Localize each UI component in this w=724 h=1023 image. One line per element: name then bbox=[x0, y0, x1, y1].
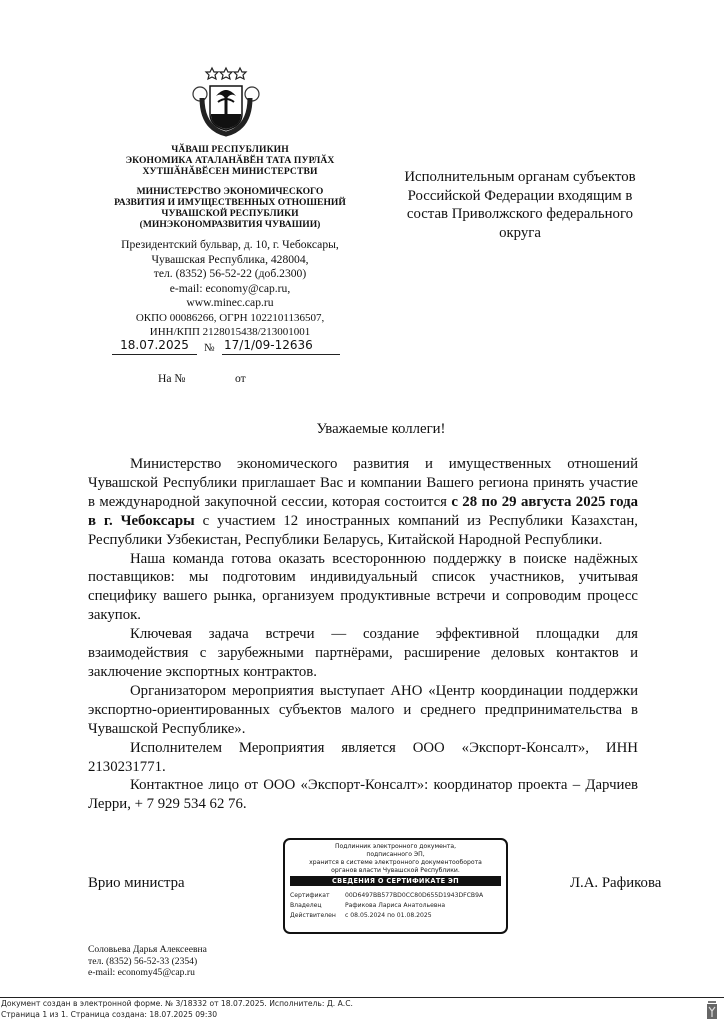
footer-document-info: Документ создан в электронной форме. № 3… bbox=[1, 998, 353, 1009]
certificate-info: Сертификат 00D6497BB577BD0CC80D655D1943D… bbox=[290, 891, 506, 921]
performer-info: Соловьева Дарья Алексеевна тел. (8352) 5… bbox=[88, 944, 207, 979]
paragraph-support: Наша команда готова оказать всестороннюю… bbox=[88, 550, 638, 626]
certificate-row: Сертификат 00D6497BB577BD0CC80D655D1943D… bbox=[290, 891, 506, 901]
email-line: e-mail: economy@cap.ru, bbox=[100, 282, 360, 297]
stamp-header-line: Подлинник электронного документа, bbox=[285, 843, 506, 851]
chuvash-line: ХУТШӐНӐВӖСЕН МИНИСТЕРСТВИ bbox=[100, 166, 360, 177]
paragraph-organizer: Организатором мероприятия выступает АНО … bbox=[88, 682, 638, 739]
registration-number: 17/1/09-12636 bbox=[222, 338, 340, 355]
ministry-name: МИНИСТЕРСТВО ЭКОНОМИЧЕСКОГО РАЗВИТИЯ И И… bbox=[100, 186, 360, 230]
paragraph-contact: Контактное лицо от ООО «Экспорт-Консалт»… bbox=[88, 776, 638, 814]
letterhead: ЧӐВАШ РЕСПУБЛИКИН ЭКОНОМИКА АТАЛАНӐВӖН Т… bbox=[100, 144, 360, 339]
reference-from-label: от bbox=[235, 372, 246, 385]
letter-body: Министерство экономического развития и и… bbox=[88, 455, 638, 814]
certificate-value: 00D6497BB577BD0CC80D655D1943DFCB9A bbox=[345, 891, 483, 901]
paragraph-executor: Исполнителем Мероприятия является ООО «Э… bbox=[88, 739, 638, 777]
chuvash-republic-coat-of-arms-icon bbox=[190, 62, 262, 142]
certificate-key: Действителен bbox=[290, 911, 345, 921]
addressee-line: состав Приволжского федерального bbox=[372, 205, 668, 224]
certificate-key: Владелец bbox=[290, 901, 345, 911]
certificate-value: с 08.05.2024 по 01.08.2025 bbox=[345, 911, 432, 921]
chuvash-line: ЭКОНОМИКА АТАЛАНӐВӖН ТАТА ПУРЛӐХ bbox=[100, 155, 360, 166]
number-sign: № bbox=[204, 342, 215, 354]
paragraph-goal: Ключевая задача встречи — создание эффек… bbox=[88, 625, 638, 682]
phone-line: тел. (8352) 56-52-22 (доб.2300) bbox=[100, 267, 360, 282]
addressee-line: Российской Федерации входящим в bbox=[372, 187, 668, 206]
registration-line: 18.07.2025 № 17/1/09-12636 bbox=[112, 338, 338, 356]
ministry-address: Президентский бульвар, д. 10, г. Чебокса… bbox=[100, 238, 360, 311]
certificate-row: Владелец Рафикова Лариса Анатольевна bbox=[290, 901, 506, 911]
ministry-line: РАЗВИТИЯ И ИМУЩЕСТВЕННЫХ ОТНОШЕНИЙ bbox=[100, 197, 360, 208]
stamp-header-line: хранится в системе электронного документ… bbox=[285, 859, 506, 867]
registry-line: ОКПО 00086266, ОГРН 1022101136507, bbox=[100, 311, 360, 325]
certificate-info-title: СВЕДЕНИЯ О СЕРТИФИКАТЕ ЭП bbox=[290, 876, 501, 886]
chuvash-line: ЧӐВАШ РЕСПУБЛИКИН bbox=[100, 144, 360, 155]
certificate-key: Сертификат bbox=[290, 891, 345, 901]
stamp-header-line: органов власти Чувашской Республики. bbox=[285, 867, 506, 875]
performer-name: Соловьева Дарья Алексеевна bbox=[88, 944, 207, 956]
ministry-line: ЧУВАШСКОЙ РЕСПУБЛИКИ bbox=[100, 208, 360, 219]
signatory-title: Врио министра bbox=[88, 875, 185, 892]
greeting: Уважаемые коллеги! bbox=[0, 421, 724, 438]
chuvash-ministry-name: ЧӐВАШ РЕСПУБЛИКИН ЭКОНОМИКА АТАЛАНӐВӖН Т… bbox=[100, 144, 360, 177]
signatory-name: Л.А. Рафикова bbox=[570, 875, 661, 892]
registration-date: 18.07.2025 bbox=[112, 338, 197, 355]
addressee-line: Исполнительным органам субъектов bbox=[372, 168, 668, 187]
stamp-header-line: подписанного ЭП, bbox=[285, 851, 506, 859]
chuvash-emblem-small-icon bbox=[706, 1000, 718, 1020]
address-line: Чувашская Республика, 428004, bbox=[100, 253, 360, 268]
reference-number-label: На № bbox=[158, 372, 185, 385]
addressee-line: округа bbox=[372, 224, 668, 243]
registry-codes: ОКПО 00086266, ОГРН 1022101136507, ИНН/К… bbox=[100, 311, 360, 339]
ministry-line: (МИНЭКОНОМРАЗВИТИЯ ЧУВАШИИ) bbox=[100, 219, 360, 230]
ministry-line: МИНИСТЕРСТВО ЭКОНОМИЧЕСКОГО bbox=[100, 186, 360, 197]
addressee: Исполнительным органам субъектов Российс… bbox=[372, 168, 668, 242]
performer-phone: тел. (8352) 56-52-33 (2354) bbox=[88, 956, 207, 968]
certificate-value: Рафикова Лариса Анатольевна bbox=[345, 901, 445, 911]
stamp-header: Подлинник электронного документа, подпис… bbox=[285, 843, 506, 875]
paragraph-invitation: Министерство экономического развития и и… bbox=[88, 455, 638, 550]
footer-page-info: Страница 1 из 1. Страница создана: 18.07… bbox=[1, 1009, 353, 1020]
performer-email: e-mail: economy45@cap.ru bbox=[88, 967, 207, 979]
document-footer: Документ создан в электронной форме. № 3… bbox=[1, 998, 353, 1020]
certificate-row: Действителен с 08.05.2024 по 01.08.2025 bbox=[290, 911, 506, 921]
electronic-signature-stamp: Подлинник электронного документа, подпис… bbox=[283, 838, 508, 934]
website-line: www.minec.cap.ru bbox=[100, 296, 360, 311]
address-line: Президентский бульвар, д. 10, г. Чебокса… bbox=[100, 238, 360, 253]
